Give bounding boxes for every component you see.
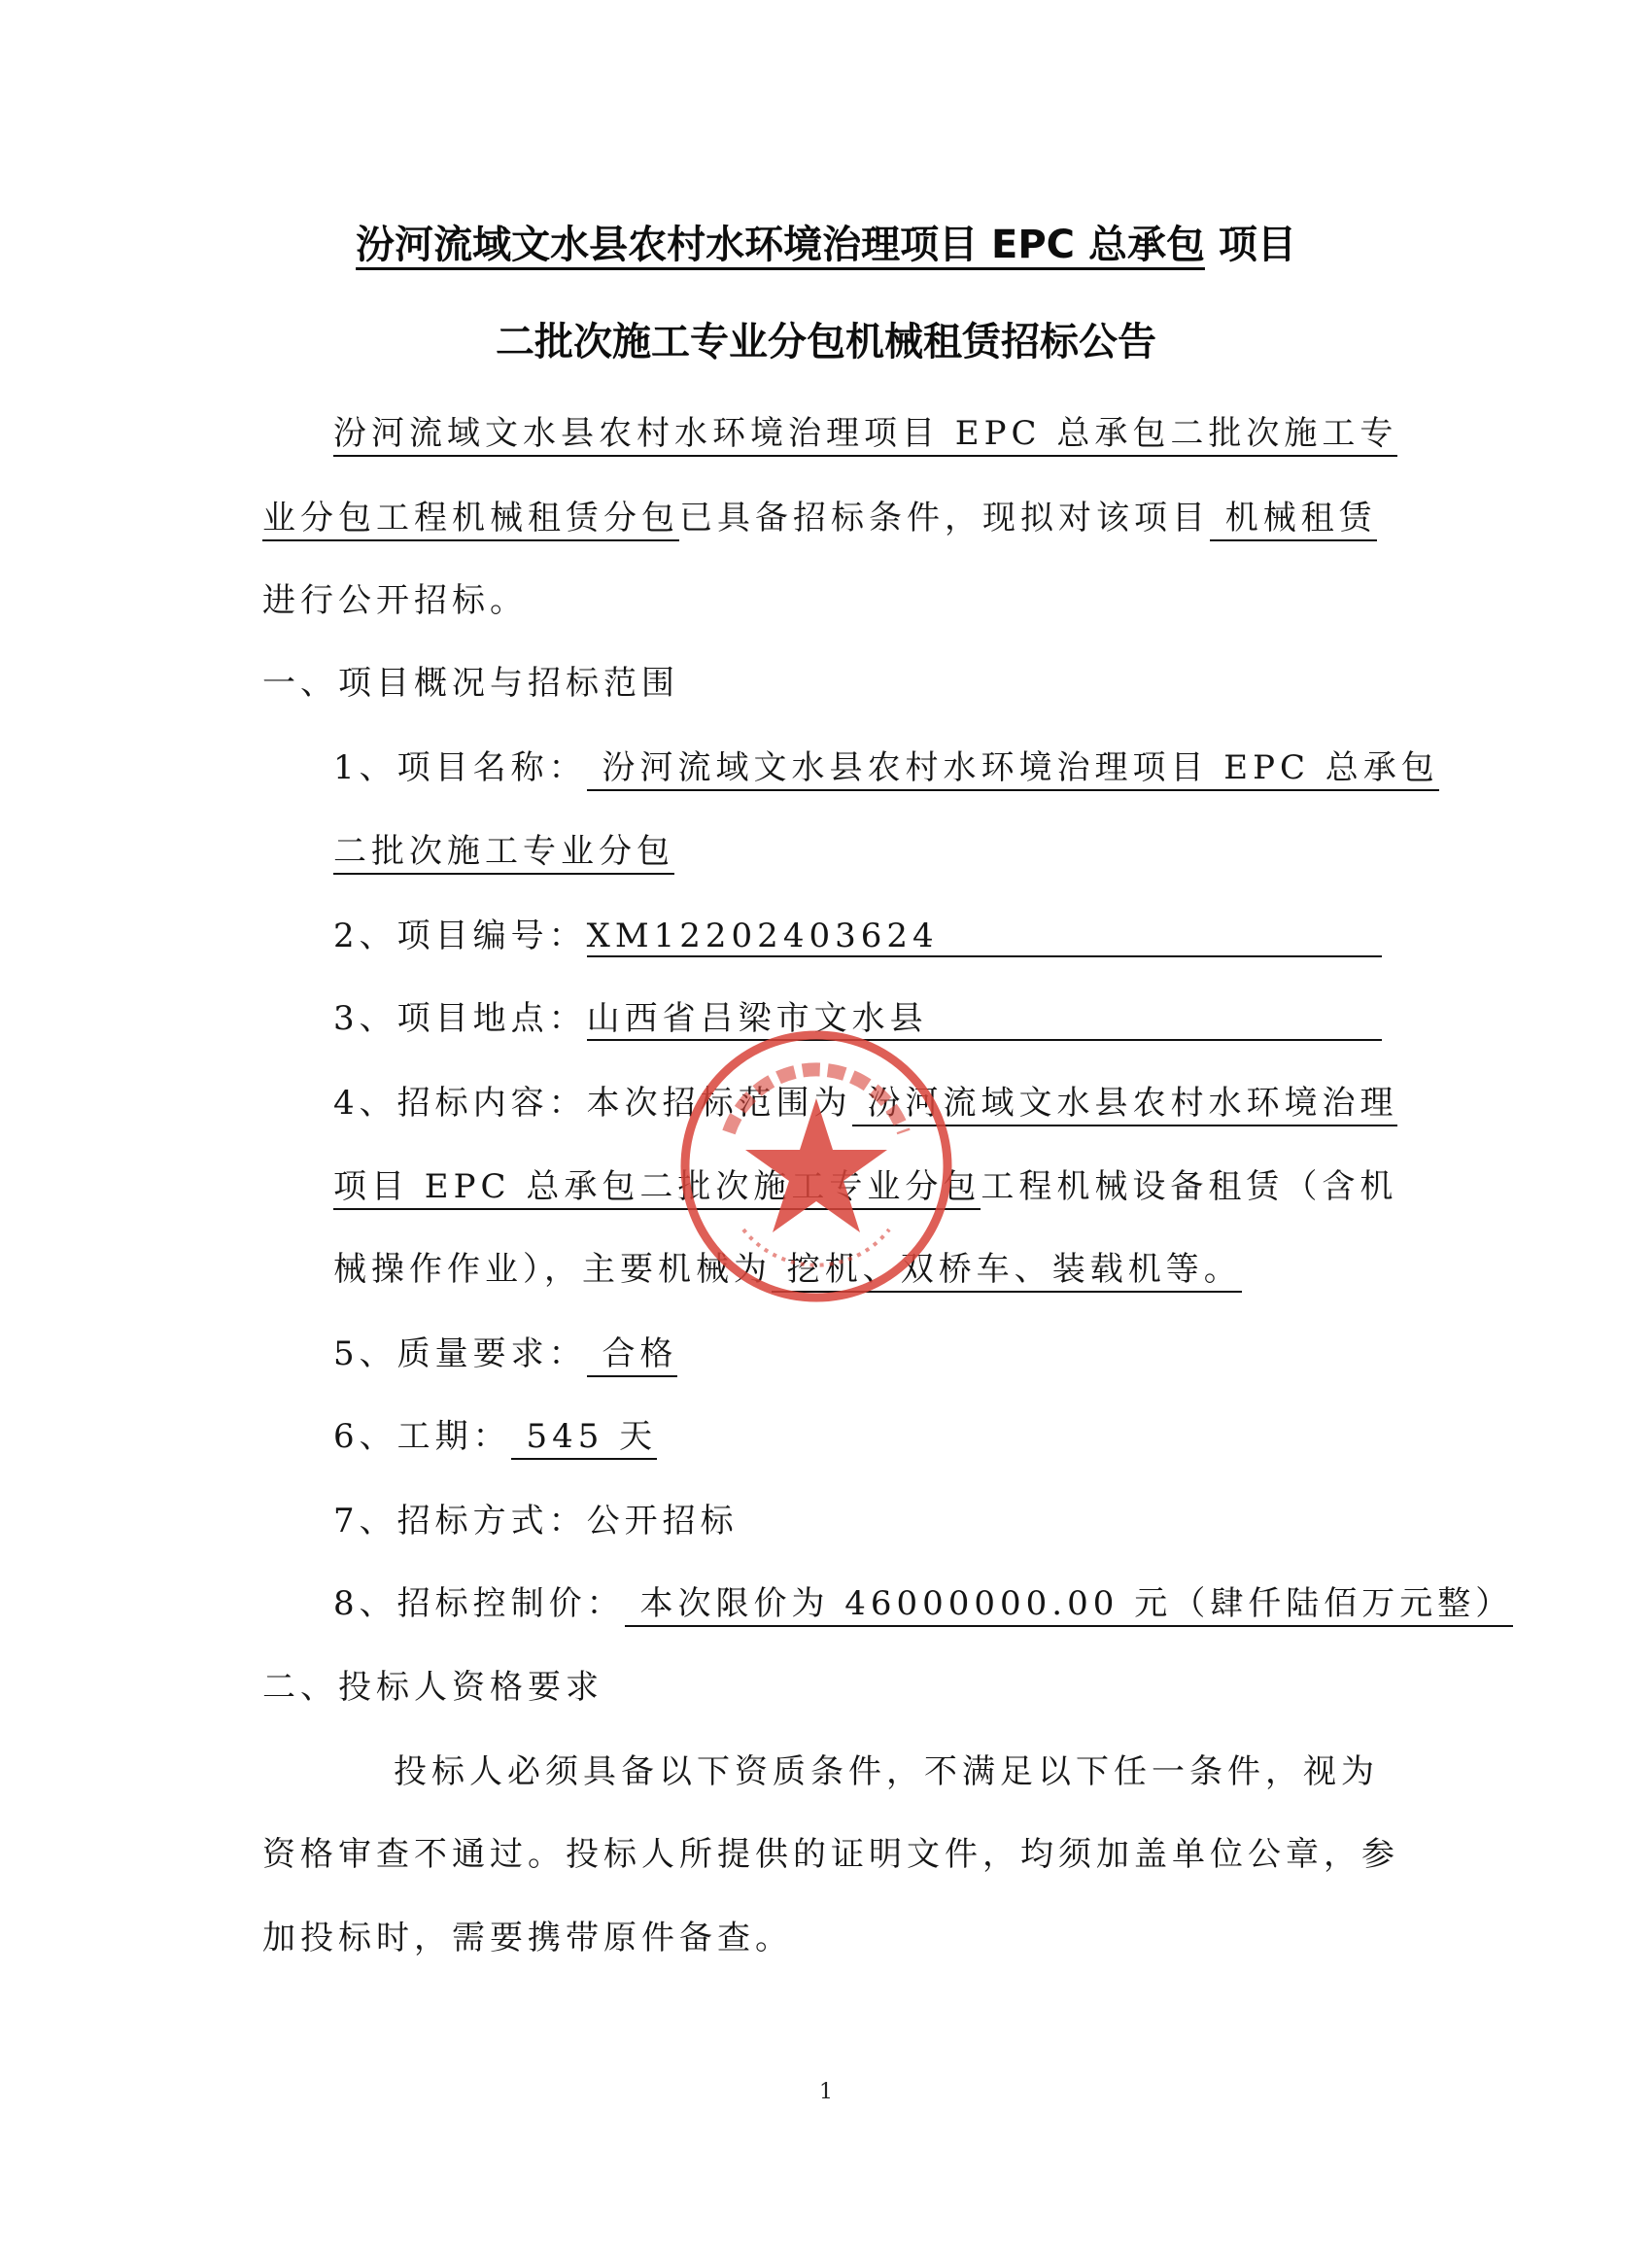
item-text: 工程机械设备租赁（含机 [981, 1167, 1397, 1206]
item-bid-content: 4、招标内容：本次招标范围为 汾河流域文水县农村水环境治理 [333, 1076, 1397, 1124]
item-value: 二批次施工专业分包 [333, 832, 674, 875]
item-label: 2、项目编号： [333, 917, 587, 955]
item-duration: 6、工期： 545 天 [333, 1409, 657, 1457]
document-page: 汾河流域文水县农村水环境治理项目 EPC 总承包 项目 二批次施工专业分包机械租… [0, 0, 1652, 2251]
item-project-name-cont: 二批次施工专业分包 [333, 824, 674, 872]
item-bid-content-cont1: 项目 EPC 总承包二批次施工专业分包工程机械设备租赁（含机 [333, 1160, 1397, 1207]
document-title-line2: 二批次施工专业分包机械租赁招标公告 [0, 311, 1652, 366]
section2-para-line2: 资格审查不通过。投标人所提供的证明文件，均须加盖单位公章，参 [262, 1827, 1399, 1875]
item-label: 4、招标内容： [333, 1084, 587, 1123]
section2-para-line3: 加投标时，需要携带原件备查。 [262, 1911, 793, 1958]
item-value: 合格 [587, 1334, 678, 1377]
page-number: 1 [0, 2080, 1652, 2104]
item-value: 汾河流域文水县农村水环境治理项目 EPC 总承包 [587, 748, 1439, 791]
item-value: 山西省吕梁市文水县 [587, 999, 928, 1038]
intro-condition-text: 已具备招标条件，现拟对该项目 [679, 499, 1210, 537]
item-prefix: 本次招标范围为 [587, 1084, 852, 1123]
intro-subpackage-name: 业分包工程机械租赁分包 [262, 499, 679, 541]
item-value: XM12202403624 [587, 917, 939, 955]
document-title-line1: 汾河流域文水县农村水环境治理项目 EPC 总承包 项目 [0, 214, 1652, 269]
item-value: 545 天 [511, 1417, 658, 1460]
item-project-number: 2、项目编号： XM12202403624 [333, 909, 1382, 957]
section2-para-line1: 投标人必须具备以下资质条件，不满足以下任一条件，视为 [394, 1745, 1379, 1792]
item-value: 项目 EPC 总承包二批次施工专业分包 [333, 1167, 981, 1210]
item-text: 械操作作业），主要机械为 [333, 1250, 772, 1289]
item-project-name: 1、项目名称： 汾河流域文水县农村水环境治理项目 EPC 总承包 [333, 741, 1439, 788]
intro-project-name: 汾河流域文水县农村水环境治理项目 EPC 总承包二批次施工专 [333, 414, 1397, 457]
title-underlined-part: 汾河流域文水县农村水环境治理项目 EPC 总承包 [356, 223, 1205, 267]
item-label: 5、质量要求： [333, 1334, 587, 1373]
intro-line3: 进行公开招标。 [262, 573, 528, 621]
item-bid-content-cont2: 械操作作业），主要机械为 挖机、双桥车、装载机等。 [333, 1242, 1242, 1290]
item-quality: 5、质量要求： 合格 [333, 1327, 677, 1374]
item-label: 1、项目名称： [333, 748, 587, 787]
item-label: 8、招标控制价： [333, 1584, 625, 1623]
item-label: 6、工期： [333, 1417, 511, 1456]
intro-line2: 业分包工程机械租赁分包已具备招标条件，现拟对该项目 机械租赁 [262, 491, 1377, 538]
intro-bid-item: 机械租赁 [1210, 499, 1377, 541]
item-label: 3、项目地点： [333, 999, 587, 1038]
item-value: 汾河流域文水县农村水环境治理 [852, 1084, 1398, 1126]
item-value: 挖机、双桥车、装载机等。 [772, 1250, 1242, 1293]
intro-line1: 汾河流域文水县农村水环境治理项目 EPC 总承包二批次施工专 [333, 406, 1397, 454]
item-bid-method: 7、招标方式：公开招标 [333, 1494, 739, 1541]
item-value: 本次限价为 46000000.00 元（肆仟陆佰万元整） [625, 1584, 1514, 1627]
item-label: 7、招标方式： [333, 1502, 587, 1541]
title-suffix: 项目 [1219, 223, 1296, 267]
item-value: 公开招标 [587, 1502, 739, 1541]
item-project-location: 3、项目地点： 山西省吕梁市文水县 [333, 991, 1382, 1041]
item-control-price: 8、招标控制价： 本次限价为 46000000.00 元（肆仟陆佰万元整） [333, 1576, 1513, 1624]
section1-heading: 一、项目概况与招标范围 [262, 656, 679, 704]
section2-heading: 二、投标人资格要求 [262, 1660, 603, 1708]
